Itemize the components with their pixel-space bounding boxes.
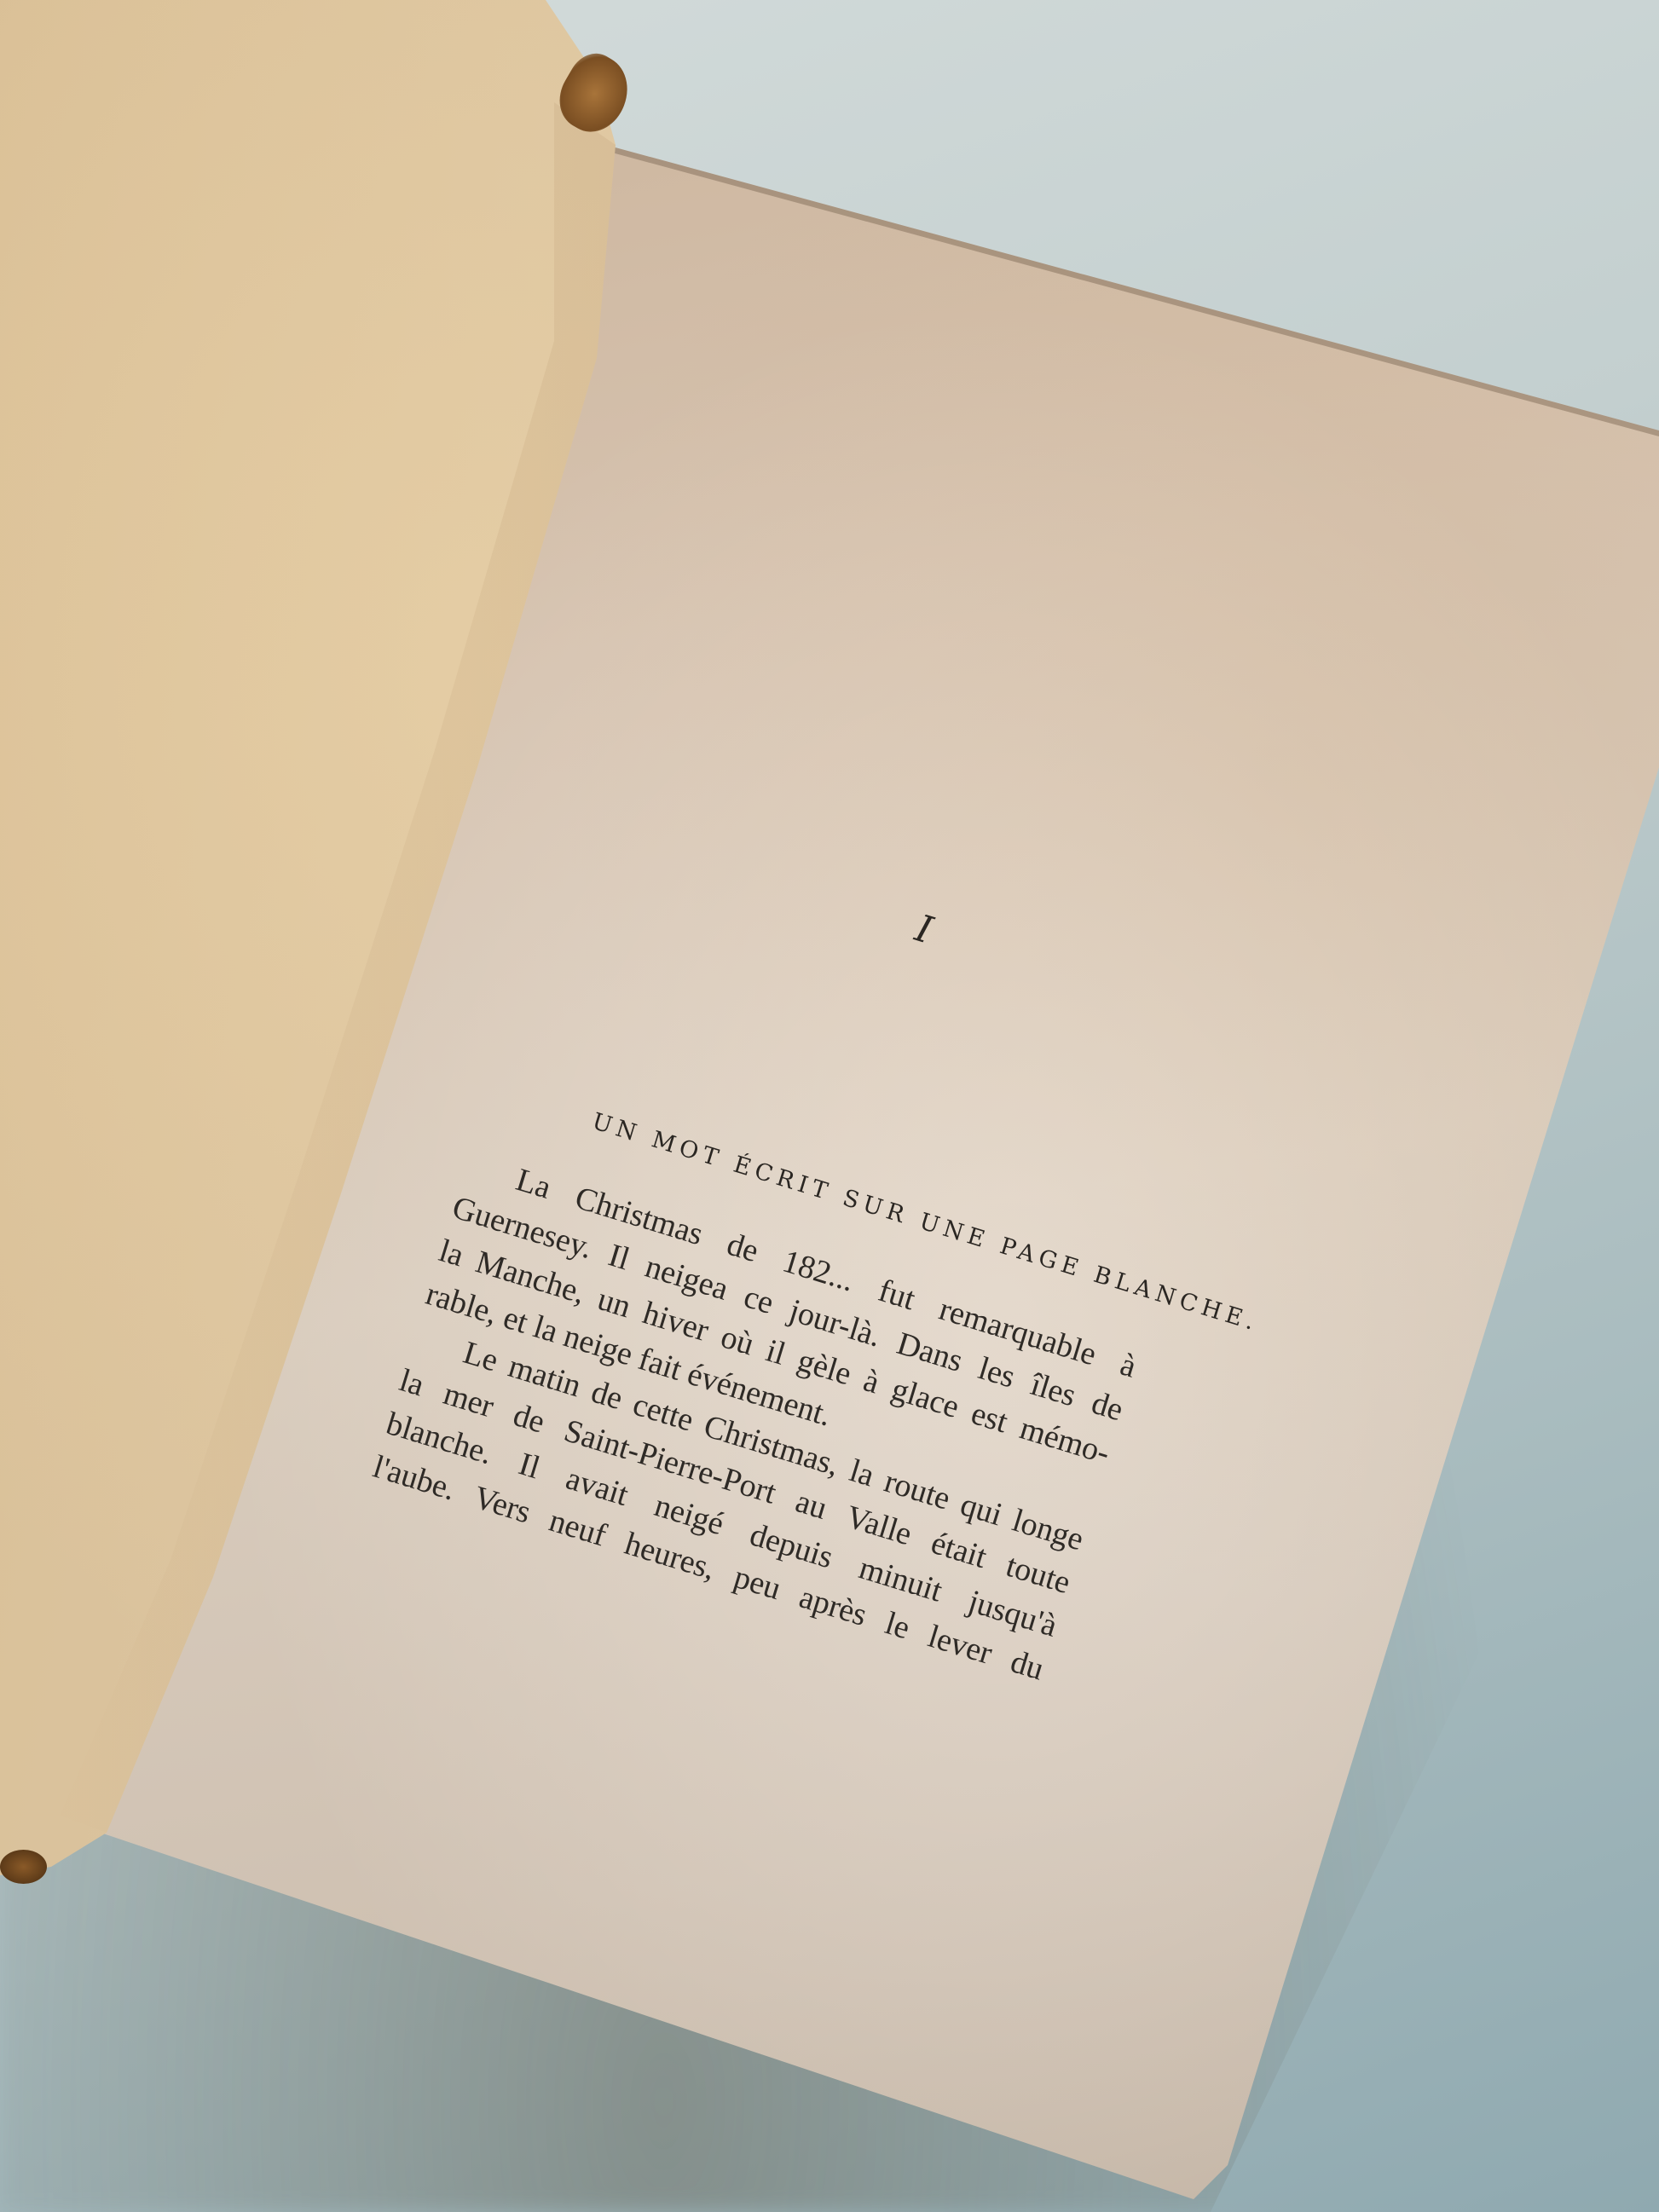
binding-bottom-fragment xyxy=(0,1850,47,1884)
photo-scene: I UN MOT ÉCRIT SUR UNE PAGE BLANCHE. La … xyxy=(0,0,1659,2212)
